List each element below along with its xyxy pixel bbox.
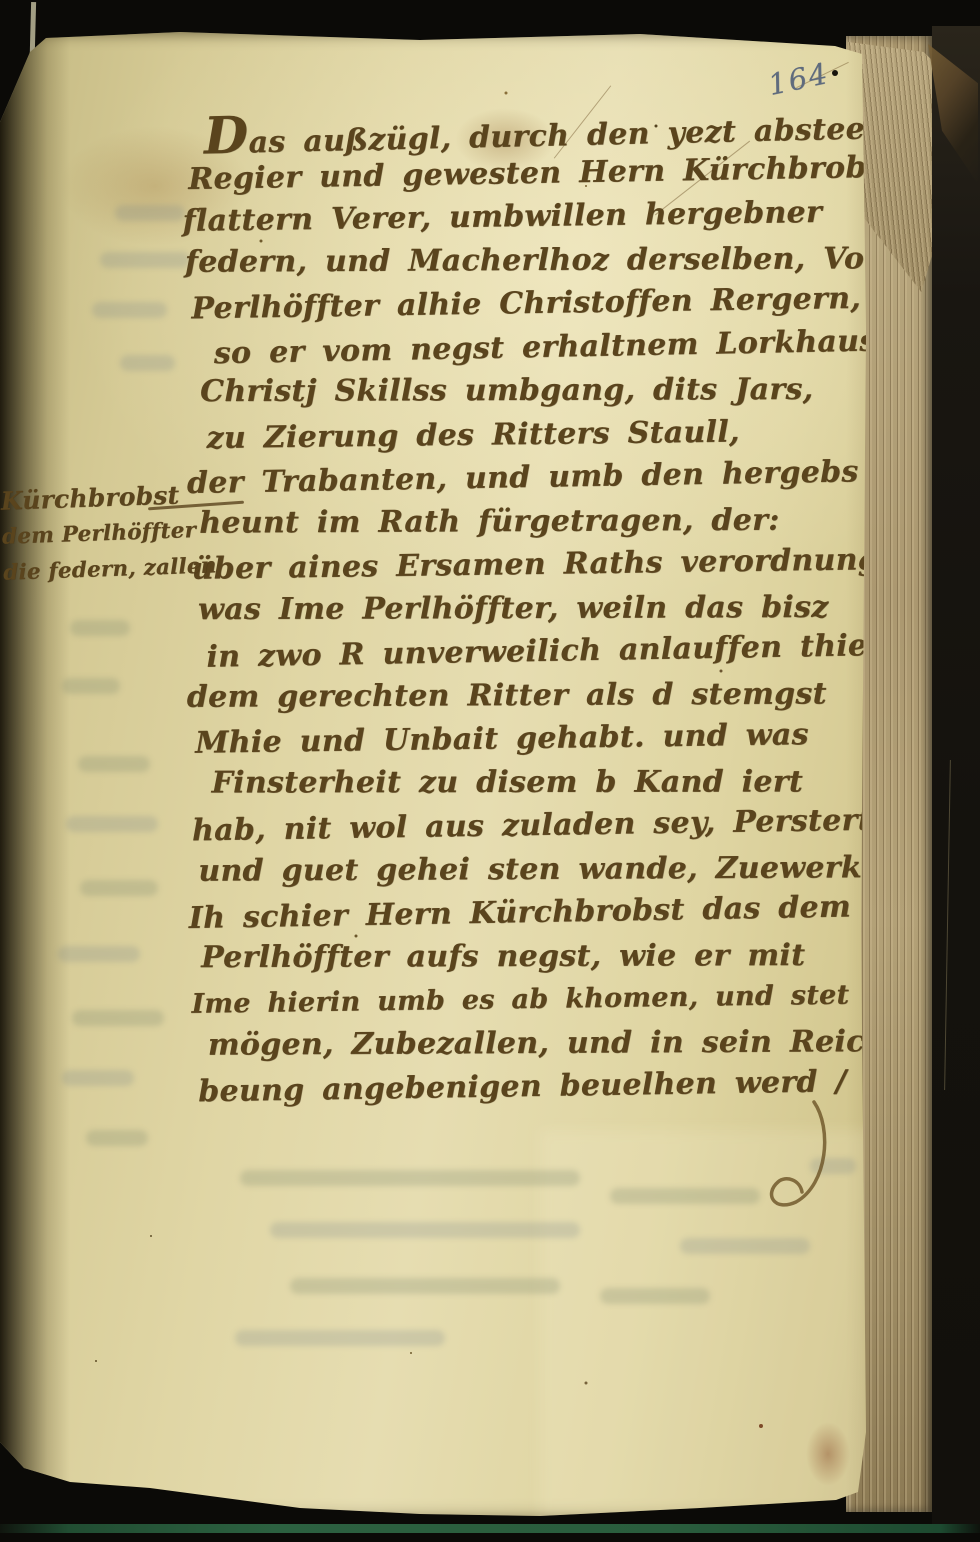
bleed-through-smudge <box>115 205 185 221</box>
pen-flourish-icon <box>756 1098 836 1238</box>
bleed-through-smudge <box>72 1010 164 1026</box>
body-text: Das außzügl, durch den yezt absteend Reg… <box>182 105 881 1111</box>
handwritten-line: Finsterheit zu disem b Kand iert <box>211 760 877 805</box>
page-number: 164 <box>765 56 832 102</box>
paper-stain <box>806 1422 850 1486</box>
handwritten-line: hab, nit wol aus zuladen sey, Perstert <box>192 799 879 853</box>
handwritten-line: was Ime Perlhöffter, weiln das bisz <box>198 585 876 631</box>
photographed-book-spread: 164 Das außzügl, durch den yezt absteend… <box>0 0 980 1542</box>
bleed-through-smudge <box>610 1188 760 1204</box>
ink-dot <box>832 70 838 76</box>
handwritten-line: federn, und Macherlhoz derselben, Vom <box>185 237 873 284</box>
bleed-through-smudge <box>240 1170 580 1186</box>
handwritten-line: und guet gehei sten wande, Zuewerk, <box>198 846 878 893</box>
bleed-through-smudge <box>62 678 120 694</box>
handwritten-line: flattern Verer, umbwillen hergebner <box>182 190 873 243</box>
handwritten-line: Ime hierin umb es ab khomen, und stet si… <box>191 973 880 1026</box>
paper-speckles <box>0 30 2 32</box>
handwritten-line: heunt im Rath fürgetragen, der: <box>199 498 875 545</box>
bleed-through-smudge <box>600 1288 710 1304</box>
bleed-through-smudge <box>86 1130 148 1146</box>
handwritten-line: über aines Ersamen Raths verordnung. <box>191 538 876 591</box>
book-cover-edge <box>932 26 980 1526</box>
handwritten-line: in zwo R unverweilich anlauffen thie, <box>206 624 877 679</box>
bleed-through-smudge <box>62 1070 134 1086</box>
margin-note-line: die federn, zallen <box>3 548 219 591</box>
handwritten-line: dem gerechten Ritter als d stemgst <box>187 672 877 719</box>
bleed-through-smudge <box>80 880 158 896</box>
bleed-through-smudge <box>235 1330 445 1346</box>
handwritten-line: Ih schier Hern Kürchbrobst das dem <box>188 885 879 941</box>
bleed-through-smudge <box>70 620 130 636</box>
handwritten-line: Christj Skillss umbgang, dits Jars, <box>200 368 874 414</box>
bleed-through-smudge <box>120 355 175 371</box>
bleed-through-smudge <box>58 946 140 962</box>
gutter-shadow <box>0 30 70 1522</box>
handwritten-line: Perlhöffter aufs negst, wie er mit <box>201 933 879 979</box>
bleed-through-smudge <box>270 1222 580 1238</box>
handwritten-line: mögen, Zubezallen, und in sein Reich: <box>208 1020 880 1067</box>
handwritten-line: Mhie und Unbait gehabt. und was <box>195 712 878 765</box>
bleed-through-smudge <box>78 756 150 772</box>
manuscript-page: 164 Das außzügl, durch den yezt absteend… <box>0 30 892 1522</box>
bleed-through-smudge <box>66 816 158 832</box>
bleed-through-smudge <box>680 1238 810 1254</box>
bleed-through-smudge <box>100 252 190 268</box>
margin-note: Kürchbrobst dem Perlhöffter die federn, … <box>0 476 219 591</box>
table-edge-strip <box>0 1524 980 1533</box>
bleed-through-smudge <box>92 302 167 318</box>
bleed-through-smudge <box>290 1278 560 1294</box>
